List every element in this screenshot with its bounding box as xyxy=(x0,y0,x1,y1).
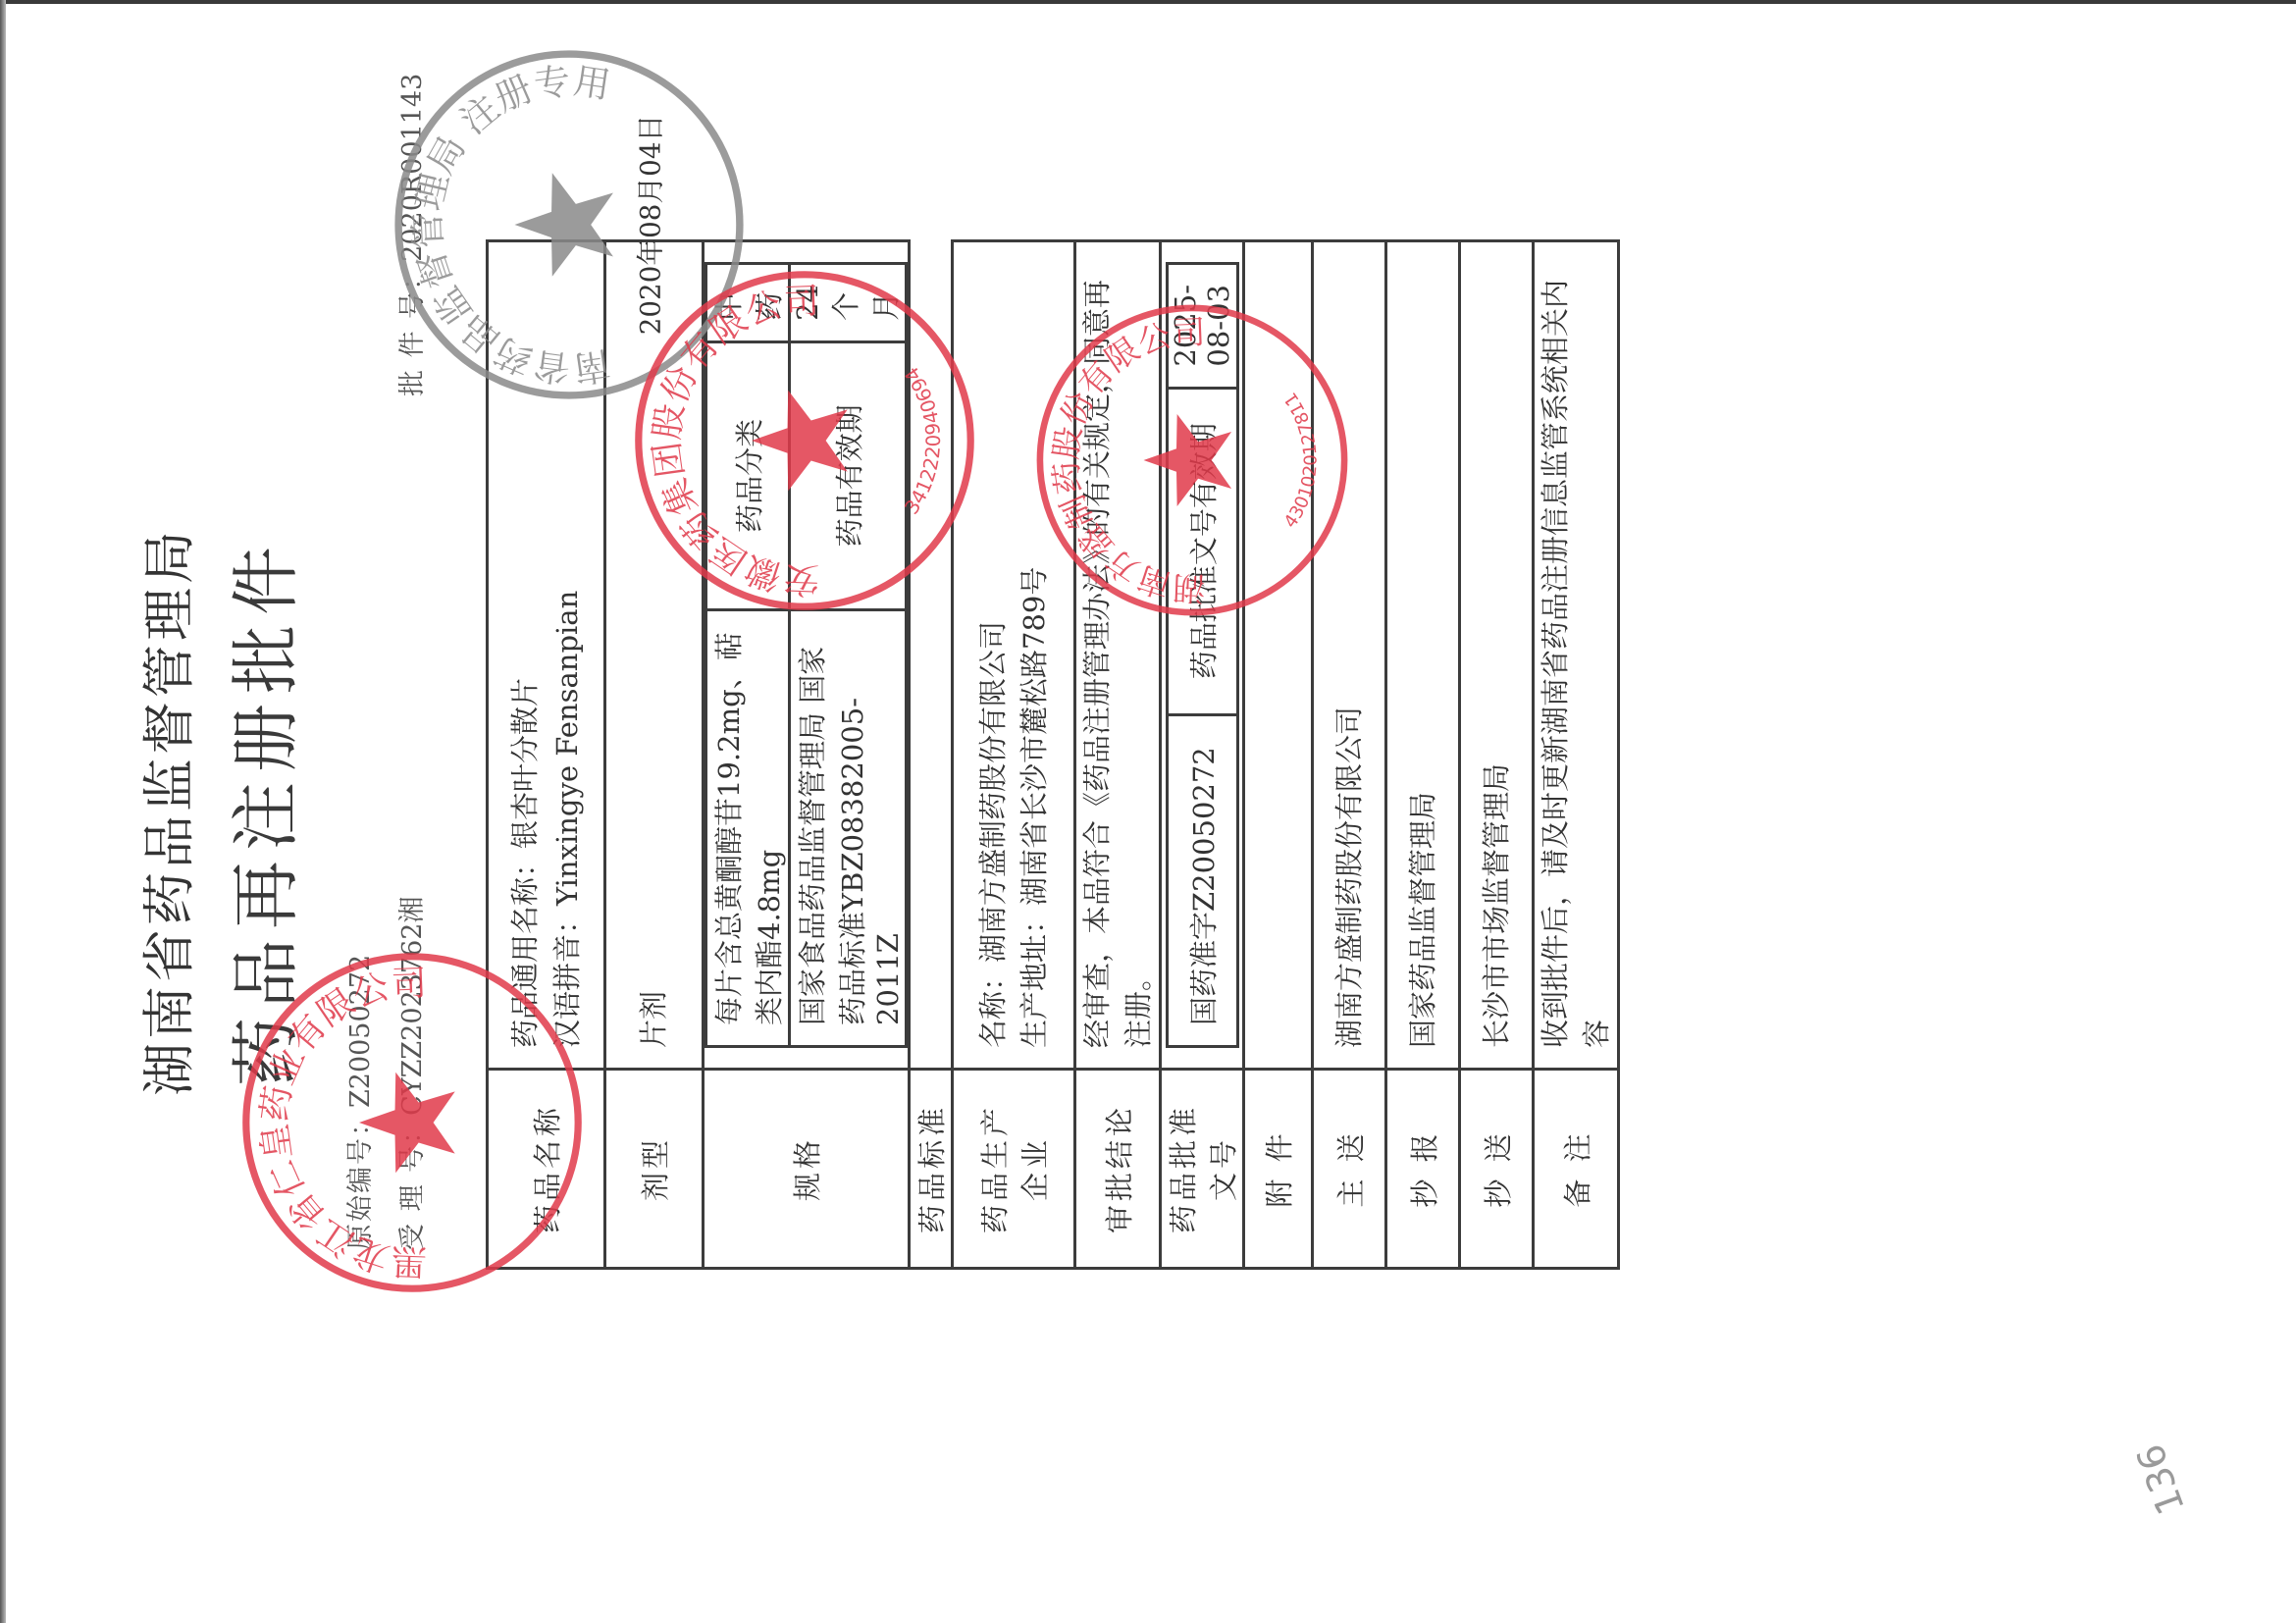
batch-number-label: 批 件 号： xyxy=(397,262,428,396)
copy-to: 长沙市市场监督管理局 xyxy=(1460,241,1534,1070)
document-page: 136 湖南省药品监督管理局 药品再注册批件 原始编号：Z20050272 受 … xyxy=(0,0,2296,1623)
row-label: 备 注 xyxy=(1534,1070,1619,1269)
conclusion: 经审查，本品符合《药品注册管理办法》的有关规定，同意再注册。 xyxy=(1075,241,1161,1070)
category-label: 药品分类 xyxy=(706,341,790,609)
manufacturer-name: 湖南方盛制药股份有限公司 xyxy=(976,621,1010,963)
table-row: 主 送 湖南方盛制药股份有限公司 xyxy=(1313,241,1386,1269)
category: 中药 xyxy=(706,264,790,342)
approval-validity-label: 药品批准文号有效期 xyxy=(1167,388,1237,714)
dosage-form: 片剂 xyxy=(605,241,704,1070)
original-number-label: 原始编号： xyxy=(345,1108,376,1250)
drug-standard: 国家食品药品监督管理局 国家药品标准YBZ08382005-2011Z xyxy=(790,609,907,1046)
acceptance-number-label: 受 理 号： xyxy=(397,1116,428,1250)
original-number-value: Z20050272 xyxy=(345,955,376,1108)
original-number: 原始编号：Z20050272 xyxy=(339,955,377,1250)
table-row: 药品名称 药品通用名称：银杏叶分散片 汉语拼音：Yinxingye Fensan… xyxy=(488,241,605,1269)
attachment xyxy=(1244,241,1313,1070)
issuing-organization: 湖南省药品监督管理局 xyxy=(128,0,203,1623)
row-label: 药品名称 xyxy=(488,1070,605,1269)
validity: 24个月 xyxy=(790,264,907,342)
table-row: 附 件 xyxy=(1244,241,1313,1269)
manufacturer-cell: 名称：湖南方盛制药股份有限公司 生产地址：湖南省长沙市麓松路789号 xyxy=(953,241,1075,1070)
batch-number: 批 件 号：2020R001143 xyxy=(391,74,429,396)
row-label: 抄 报 xyxy=(1386,1070,1460,1269)
generic-name: 银杏叶分散片 xyxy=(508,678,542,849)
acceptance-number-value: CYZZ2023762湘 xyxy=(397,897,428,1116)
validity-label: 药品有效期 xyxy=(790,341,907,609)
row-label: 剂型 xyxy=(605,1070,704,1269)
row-label: 附 件 xyxy=(1244,1070,1313,1269)
approval-table: 药品名称 药品通用名称：银杏叶分散片 汉语拼音：Yinxingye Fensan… xyxy=(486,239,1620,1270)
table-row: 药品标准 xyxy=(910,241,953,1269)
table-row: 剂型 片剂 xyxy=(605,241,704,1269)
address-label: 生产地址： xyxy=(1018,906,1051,1048)
row-label: 规格 xyxy=(704,1070,910,1269)
batch-number-value: 2020R001143 xyxy=(397,74,428,262)
table-row: 抄 报 国家药品监督管理局 xyxy=(1386,241,1460,1269)
document-title: 药品再注册批件 xyxy=(211,0,310,1623)
remarks: 收到批件后，请及时更新湖南省药品注册信息监管系统相关内容 xyxy=(1534,241,1619,1070)
address: 湖南省长沙市麓松路789号 xyxy=(1018,567,1051,906)
acceptance-number: 受 理 号：CYZZ2023762湘 xyxy=(391,897,429,1250)
table-row: 审批结论 经审查，本品符合《药品注册管理办法》的有关规定，同意再注册。 xyxy=(1075,241,1161,1269)
table-row: 抄 送 长沙市市场监督管理局 xyxy=(1460,241,1534,1269)
report-to: 国家药品监督管理局 xyxy=(1386,241,1460,1070)
row-label: 抄 送 xyxy=(1460,1070,1534,1269)
approval-number: 国药准字Z20050272 xyxy=(1167,714,1237,1046)
main-recipient: 湖南方盛制药股份有限公司 xyxy=(1313,241,1386,1070)
table-row: 药品批准文号 国药准字Z20050272药品批准文号有效期2025-08-03 xyxy=(1161,241,1244,1269)
row-label: 审批结论 xyxy=(1075,1070,1161,1269)
table-row: 药品生产企业 名称：湖南方盛制药股份有限公司 生产地址：湖南省长沙市麓松路789… xyxy=(953,241,1075,1269)
pinyin-name: Yinxingye Fensanpian xyxy=(550,591,584,906)
row-label: 药品标准 xyxy=(910,1070,953,1269)
manufacturer-name-label: 名称： xyxy=(976,963,1010,1048)
pinyin-label: 汉语拼音： xyxy=(550,906,584,1048)
row-label: 主 送 xyxy=(1313,1070,1386,1269)
table-row: 规格 每片含总黄酮醇苷19.2mg、萜类内酯4.8mg药品分类中药 国家食品药品… xyxy=(704,241,910,1269)
row-label: 药品批准文号 xyxy=(1161,1070,1244,1269)
row-label: 药品生产企业 xyxy=(953,1070,1075,1269)
handwritten-mark: 136 xyxy=(2128,1439,2193,1520)
drug-name-cell: 药品通用名称：银杏叶分散片 汉语拼音：Yinxingye Fensanpian xyxy=(488,241,605,1070)
generic-name-label: 药品通用名称： xyxy=(508,849,542,1048)
table-row: 备 注 收到批件后，请及时更新湖南省药品注册信息监管系统相关内容 xyxy=(1534,241,1619,1269)
approval-validity: 2025-08-03 xyxy=(1167,264,1237,389)
specification: 每片含总黄酮醇苷19.2mg、萜类内酯4.8mg xyxy=(706,609,790,1046)
